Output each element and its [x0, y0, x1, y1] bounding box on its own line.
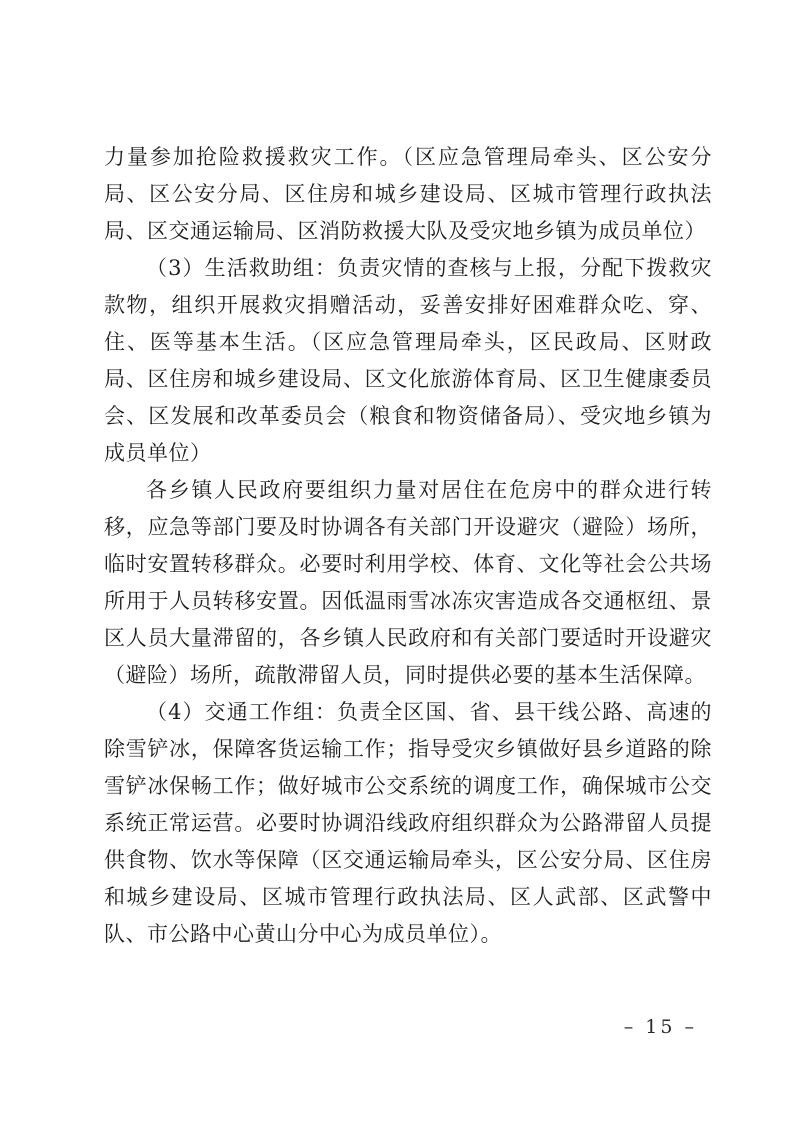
paragraph-rescue-continuation: 力量参加抢险救援救灾工作。（区应急管理局牵头、区公安分局、区公安分局、区住房和城… — [104, 139, 712, 250]
paragraph-life-relief-group: （3）生活救助组：负责灾情的查核与上报，分配下拨救灾款物，组织开展救灾捐赠活动，… — [104, 250, 712, 472]
paragraph-traffic-work-group: （4）交通工作组：负责全区国、省、县干线公路、高速的除雪铲冰，保障客货运输工作；… — [104, 694, 712, 953]
paragraph-township-transfer: 各乡镇人民政府要组织力量对居住在危房中的群众进行转移，应急等部门要及时协调各有关… — [104, 472, 712, 694]
document-page: 力量参加抢险救援救灾工作。（区应急管理局牵头、区公安分局、区公安分局、区住房和城… — [0, 0, 793, 1122]
page-number: – 15 – — [624, 1014, 697, 1040]
page-footer: – 15 – — [0, 1014, 793, 1044]
page-body: 力量参加抢险救援救灾工作。（区应急管理局牵头、区公安分局、区公安分局、区住房和城… — [104, 139, 712, 953]
